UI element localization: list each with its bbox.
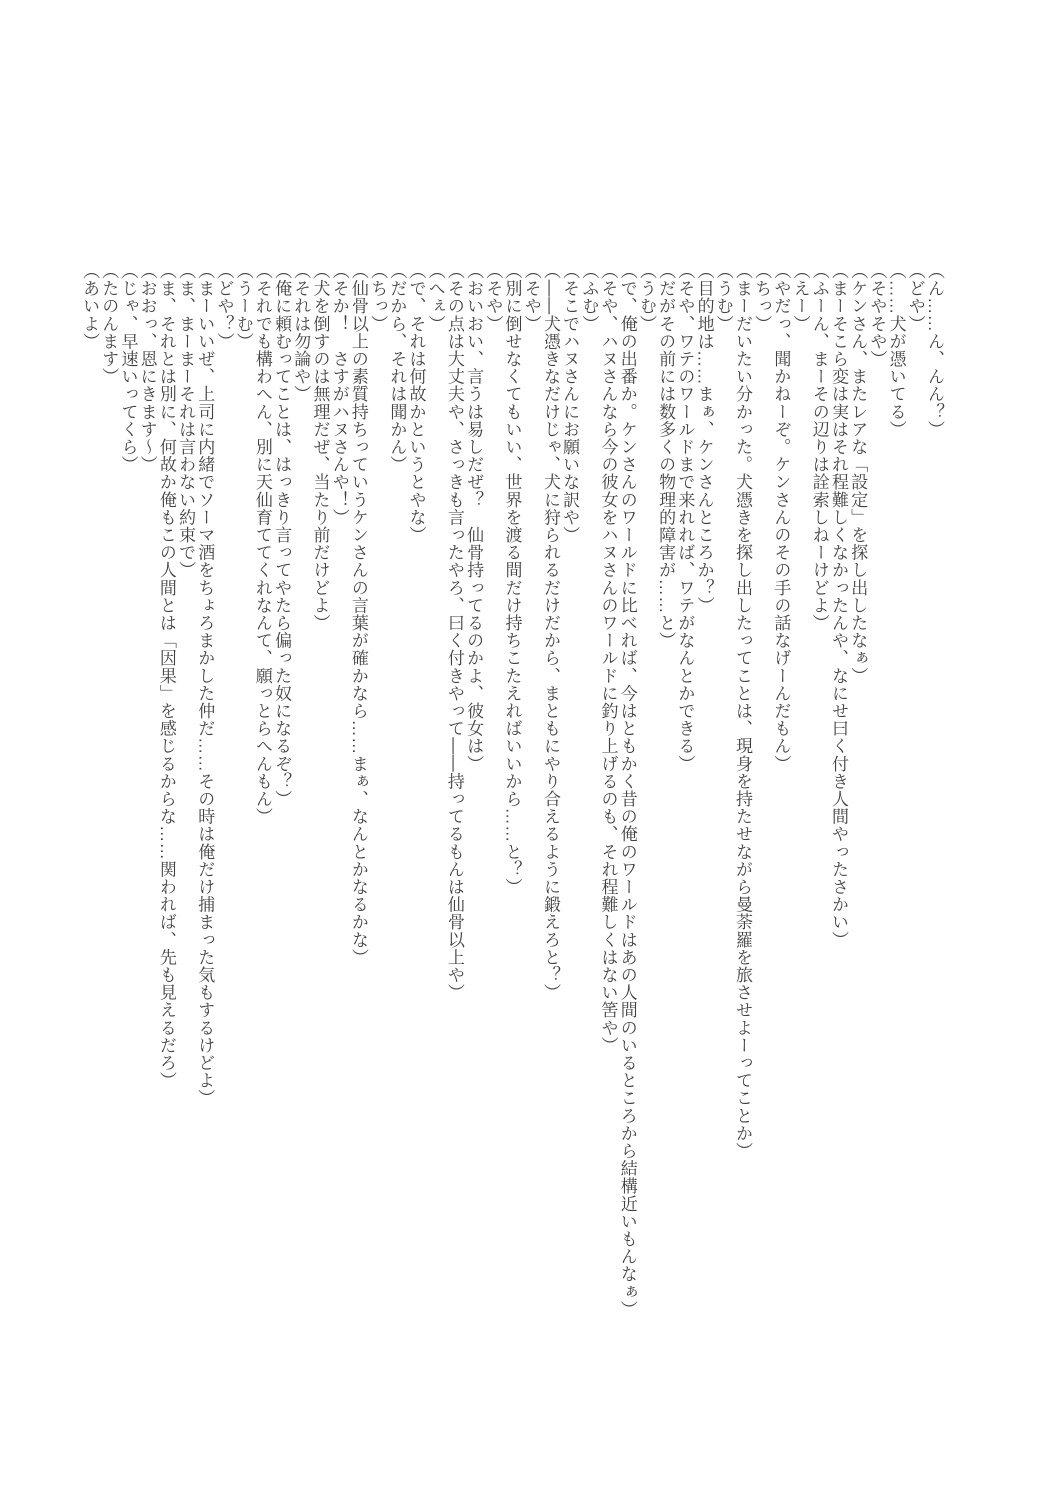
dialogue-line: （やだっ、聞かねーぞ。ケンさんのその手の話なげーんだもん） <box>771 262 790 1362</box>
dialogue-line: （だから、それは聞かん） <box>387 262 406 1362</box>
dialogue-line: （それでも構わへん、別に天仙育ててくれなんて、願っとらへんもん） <box>253 262 272 1362</box>
dialogue-line: （ふむ） <box>579 262 598 1362</box>
dialogue-line: （どや？） <box>214 262 233 1362</box>
dialogue-line: （目的地は……まぁ、ケンさんところか？） <box>694 262 713 1362</box>
dialogue-line: （ちっ） <box>752 262 771 1362</box>
dialogue-line: （そや） <box>483 262 502 1362</box>
dialogue-line: （へぇ） <box>426 262 445 1362</box>
dialogue-line: （ま、それとは別に、何故か俺もこの人間とは「因果」を感じるからな……関われば、先… <box>157 262 176 1362</box>
dialogue-line: （そか！ さすがハヌさんや！） <box>330 262 349 1362</box>
dialogue-line: （ちっ） <box>368 262 387 1362</box>
dialogue-text-block: （ん……ん、んん？）（どや）（……犬が憑いてる）（そやそや）（ケンさん、またレア… <box>80 262 944 1362</box>
dialogue-line: （あいよ） <box>80 262 99 1362</box>
dialogue-line: （そや、ワテのワールドまで来れれば、ワテがなんとかできる） <box>675 262 694 1362</box>
dialogue-line: （そやそや） <box>867 262 886 1362</box>
dialogue-line: （うむ） <box>637 262 656 1362</box>
dialogue-line: （別に倒せなくてもいい、世界を渡る間だけ持ちこたえればいいから……と？） <box>502 262 521 1362</box>
dialogue-line: （――犬憑きなだけじゃ、犬に狩られるだけだから、まともにやり合えるように鍛えろと… <box>541 262 560 1362</box>
dialogue-line: （まーいいぜ、上司に内緒でソーマ酒をちょろまかした仲だ……その時は俺だけ捕まった… <box>195 262 214 1362</box>
dialogue-line: （その点は大丈夫や、さっきも言ったやろ、曰く付きやって――持ってるもんは仙骨以上… <box>445 262 464 1362</box>
dialogue-line: （そこでハヌさんにお願いな訳や） <box>560 262 579 1362</box>
dialogue-line: （それは勿論や） <box>291 262 310 1362</box>
dialogue-line: （うむ） <box>714 262 733 1362</box>
dialogue-line: （じゃ、早速いってくら） <box>118 262 137 1362</box>
dialogue-line: （まーそこら変は実はそれ程難しくなかったんや、なにせ曰く付き人間やったさかい） <box>829 262 848 1362</box>
dialogue-line: （ふーん、まーその辺りは詮索しねーけどよ） <box>810 262 829 1362</box>
dialogue-line: （おおっ、恩にきます〜） <box>137 262 156 1362</box>
dialogue-line: （で、それは何故かというとやな） <box>406 262 425 1362</box>
dialogue-line: （そや、ハヌさんなら今の彼女をハヌさんのワールドに釣り上げるのも、それ程難しくは… <box>598 262 617 1362</box>
dialogue-line: （仙骨以上の素質持ちっていうケンさんの言葉が確かなら……まぁ、なんとかなるかな） <box>349 262 368 1362</box>
dialogue-line: （どや） <box>906 262 925 1362</box>
dialogue-line: （で、俺の出番か。ケンさんのワールドに比べれば、今はともかく昔の俺のワールドはあ… <box>618 262 637 1362</box>
dialogue-line: （うーむ） <box>233 262 252 1362</box>
dialogue-line: （ま、まーまーそれは言わない約束で） <box>176 262 195 1362</box>
dialogue-line: （まーだいたい分かった。犬憑きを探し出したってことは、現身を持たせながら曼荼羅を… <box>733 262 752 1362</box>
dialogue-line: （そや） <box>522 262 541 1362</box>
dialogue-line: （おいおい、言うは易しだぜ？ 仙骨持ってるのかよ、彼女は） <box>464 262 483 1362</box>
dialogue-line: （犬を倒すのは無理だぜ、当たり前だけどよ） <box>310 262 329 1362</box>
dialogue-line: （俺に頼むってことは、はっきり言ってやたら偏った奴になるぞ？） <box>272 262 291 1362</box>
dialogue-line: （ん……ん、んん？） <box>925 262 944 1362</box>
dialogue-line: （だがその前には数多くの物理的障害が……と） <box>656 262 675 1362</box>
dialogue-line: （たのんます） <box>99 262 118 1362</box>
dialogue-line: （……犬が憑いてる） <box>886 262 905 1362</box>
script-page: （ん……ん、んん？）（どや）（……犬が憑いてる）（そやそや）（ケンさん、またレア… <box>0 0 1054 1500</box>
dialogue-line: （えー） <box>790 262 809 1362</box>
dialogue-line: （ケンさん、またレアな「設定」を探し出したなぁ） <box>848 262 867 1362</box>
